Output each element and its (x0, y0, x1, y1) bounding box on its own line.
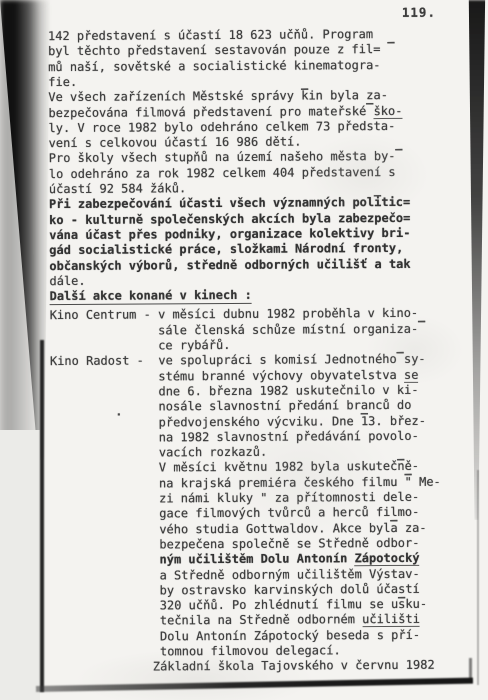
text-line: ly. V roce 1982 bylo odehráno celkem 73 … (48, 120, 395, 135)
text-line: 142 představení s účastí 18 623 učňů. Pr… (48, 28, 373, 43)
text-line: zi námi kluky " za přítomnosti dele- (159, 491, 419, 506)
stray-typewriter-mark: – (361, 406, 368, 420)
text-line: ným učilištěm Dolu Antonín Zápotocký (159, 552, 419, 567)
text-line: ce rybářů. (158, 339, 230, 352)
text-line: tečnila na Středně odborném učilišti (160, 613, 420, 628)
text-line: Při zabezpečování účasti všech významnýc… (49, 196, 410, 211)
text-line: sále členská schůze místní organiza- (158, 323, 418, 338)
underlined-text: ško- (374, 103, 403, 118)
text-line: Dolu Antonín Zápotocký beseda s pří- (160, 628, 420, 643)
stray-typewriter-mark: – (387, 35, 394, 49)
underlined-text: se (404, 367, 419, 382)
text-line: gace filmových tvůrců a herců filmo- (159, 506, 419, 521)
text-line: byl těchto představení sestavován pouze … (48, 43, 380, 58)
text-line: ko - kulturně společenských akcích byla … (49, 211, 410, 226)
text-line: lo odehráno za rok 1982 celkem 404 předs… (49, 166, 396, 181)
text-line: účastí 92 584 žáků. (49, 182, 186, 196)
stray-typewriter-mark: – (418, 314, 425, 328)
text-line: Kino Radost - ve spolupráci s komisí Jed… (50, 353, 426, 368)
text-line: bezpečována filmová představení pro mate… (48, 104, 402, 119)
heading-underline: Další akce konané v kinech : (50, 288, 252, 305)
text-line: stému branné výchovy obyvatelstva se (158, 368, 418, 383)
section-heading: Další akce konané v kinech : (50, 289, 252, 303)
text-line: předvojenského výcviku. Dne 13. břez- (159, 414, 426, 429)
stray-typewriter-mark: – (390, 513, 397, 527)
scanned-page: 119. 142 představení s účastí 18 623 učň… (0, 0, 488, 700)
text-line: vána účast přes podniky, organizace kole… (49, 227, 410, 242)
stray-typewriter-mark: – (374, 188, 381, 202)
text-line: vacích rozkazů. (159, 446, 267, 460)
text-line: a Středně odborným učilištěm Výstav- (160, 567, 420, 582)
text-line: mů naší, sovětské a socialistické kinema… (48, 59, 380, 74)
page-text: 119. 142 představení s účastí 18 623 učň… (0, 0, 488, 700)
text-line: Pro školy všech stupňů na území našeho m… (49, 150, 396, 165)
stray-typewriter-mark: – (404, 467, 411, 481)
stray-typewriter-mark: – (398, 590, 405, 604)
page-number: 119. (402, 5, 436, 20)
text-line: vého studia Gottwaldov. Akce byla za- (159, 521, 426, 536)
text-line: dne 6. března 1982 uskutečnilo v ki- (158, 384, 418, 399)
text-line: V měsíci květnu 1982 byla uskutečně- (159, 460, 419, 475)
text-line: 320 učňů. Po zhlédnutí filmu se usku- (160, 598, 427, 613)
text-line: fie. (48, 76, 77, 89)
text-line: na krajská premiéra českého filmu " Me- (159, 475, 441, 490)
stray-typewriter-mark: · (115, 408, 122, 422)
text-line: občanských výborů, středně odborných uči… (49, 257, 410, 272)
stray-typewriter-mark: – (395, 142, 402, 156)
stray-typewriter-mark: – (397, 452, 404, 466)
text-line: na 1982 slavnostní předávání povolo- (159, 430, 419, 445)
text-line: Kino Centrum - v měsíci dubnu 1982 probě… (50, 307, 419, 322)
text-line: tomnou filmovou delegací. (160, 644, 341, 658)
underlined-text: učilišti (362, 612, 420, 627)
stray-typewriter-mark: – (396, 345, 403, 359)
text-line: Základní škola Tajovského v červnu 1982 (153, 659, 435, 674)
text-line: by ostravsko karvinských dolů účastí (160, 583, 420, 598)
stray-typewriter-mark: – (366, 96, 373, 110)
text-line: nosále slavnostní předání branců do (159, 399, 412, 414)
underlined-text: Zápotocký (355, 551, 420, 566)
text-line: bezpečena společně se Středně odbor- (159, 537, 419, 552)
text-line: vení s celkovou účastí 16 986 dětí. (49, 136, 302, 151)
stray-typewriter-mark: – (301, 81, 308, 95)
text-line: dále. (49, 275, 85, 288)
text-line: gád socialistické práce, složkami Národn… (49, 242, 403, 257)
text-line: Ve všech zařízeních Městské správy kin b… (48, 89, 388, 104)
